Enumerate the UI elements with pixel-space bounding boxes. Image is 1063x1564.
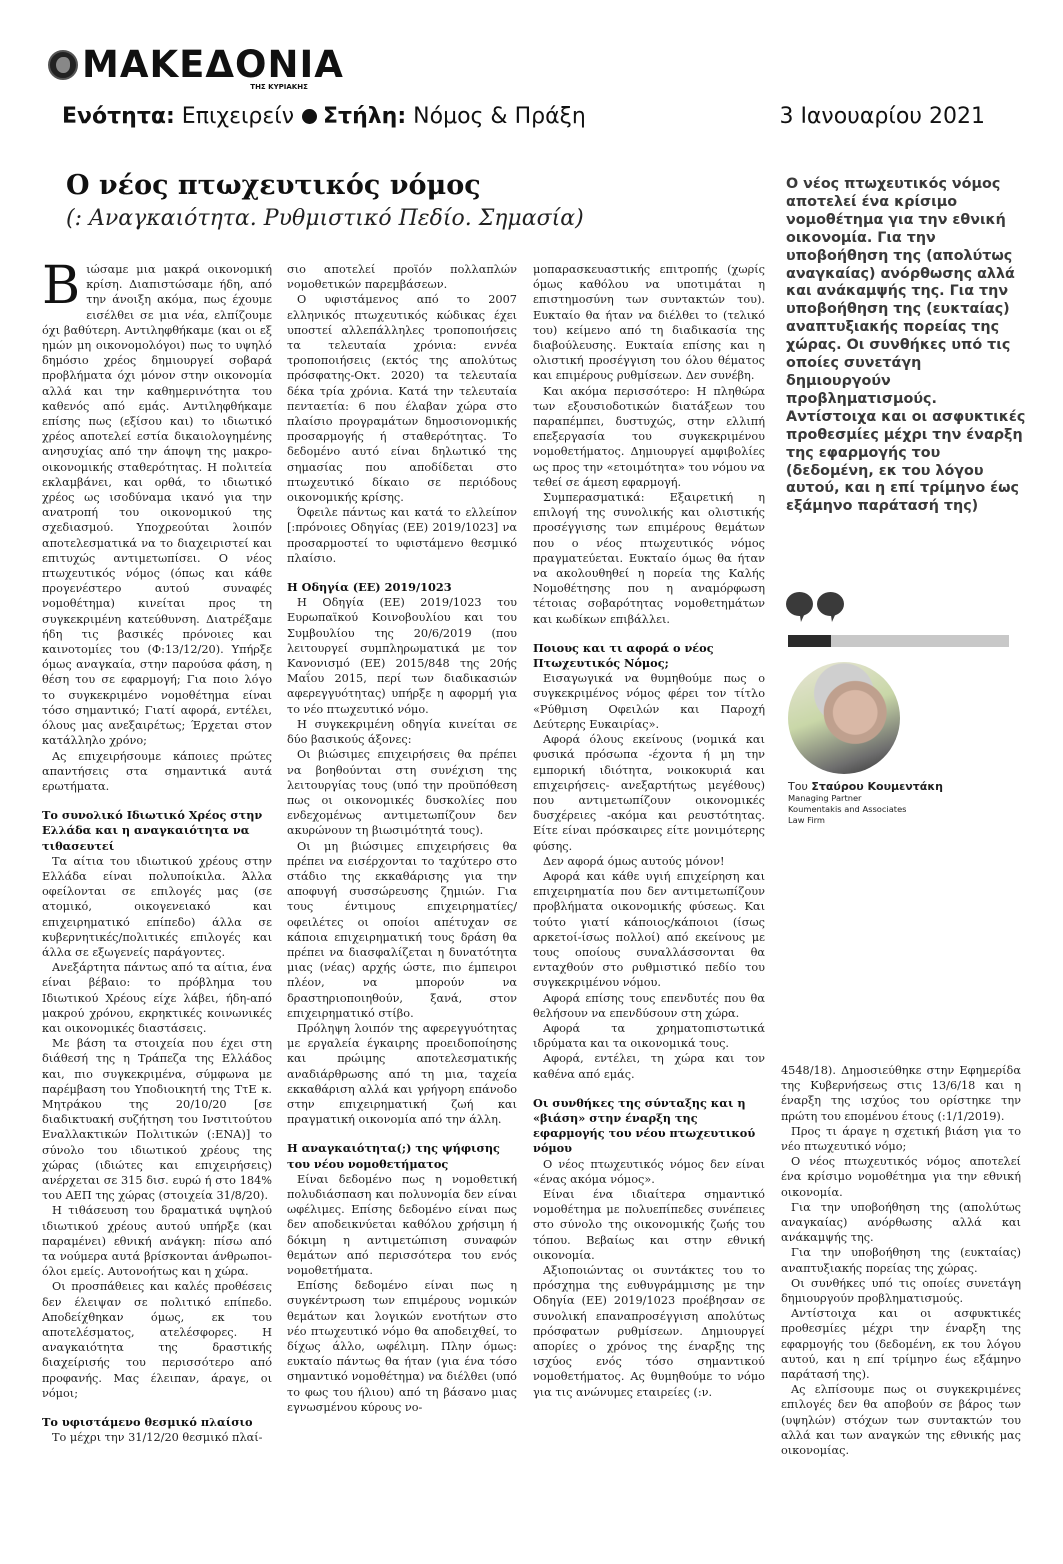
paragraph: Επίσης δεδομένο είναι πως η συγκέντρωση … xyxy=(287,1278,517,1415)
paragraph: Δεν αφορά όμως αυτούς μόνον! xyxy=(533,854,765,869)
author-byline: Του Σταύρου Κουμεντάκη Managing Partner … xyxy=(788,780,943,826)
section-heading: Το υφιστάμενο θεσμικό πλαίσιο xyxy=(42,1415,272,1430)
section-heading: Οι συνθήκες της σύνταξης και η «βιάση» σ… xyxy=(533,1096,765,1157)
paragraph: Ο νέος πτωχευτικός νόμος αποτελεί ένα κρ… xyxy=(781,1154,1021,1200)
section-value: Επιχειρείν xyxy=(182,104,294,129)
paragraph: Για την υποβοήθηση της (απολύτως αναγκαί… xyxy=(781,1200,1021,1246)
article-column-2: σιο αποτελεί προϊόν πολλαπλών νομοθετικώ… xyxy=(287,262,517,1415)
masthead: ΜΑΚΕΔΟΝΙΑ ΤΗΣ ΚΥΡΙΑΚΗΣ xyxy=(48,46,344,84)
paragraph: Αφορά, εντέλει, τη χώρα και τον καθένα α… xyxy=(533,1051,765,1081)
paragraph: Ο υφιστάμενος από το 2007 ελληνικός πτωχ… xyxy=(287,292,517,505)
logo-subtitle: ΤΗΣ ΚΥΡΙΑΚΗΣ xyxy=(250,83,308,91)
paragraph: Συμπερασματικά: Εξαιρετική η επιλογή της… xyxy=(533,490,765,627)
bullet-dot-icon xyxy=(302,109,317,124)
section-heading: Η Οδηγία (ΕΕ) 2019/1023 xyxy=(287,580,517,595)
author-role: Managing Partner xyxy=(788,793,943,804)
paragraph: Αφορά τα χρηματοπιστωτικά ιδρύματα και τ… xyxy=(533,1021,765,1051)
paragraph: Αφορά όλους εκείνους (νομικά και φυσικά … xyxy=(533,732,765,854)
paragraph: Είναι δεδομένο πως η νομοθετική πολυδιάσ… xyxy=(287,1172,517,1278)
article-subtitle: (: Αναγκαιότητα. Ρυθμιστικό Πεδίο. Σημασ… xyxy=(66,206,584,231)
paragraph: σιο αποτελεί προϊόν πολλαπλών νομοθετικώ… xyxy=(287,262,517,292)
paragraph: Όφειλε πάντως και κατά το ελλείπον [:πρό… xyxy=(287,505,517,566)
section-heading: Η αναγκαιότητα(;) της ψήφισης του νέου ν… xyxy=(287,1141,517,1171)
paragraph: Προς τι άραγε η σχετική βιάση για το νέο… xyxy=(781,1124,1021,1154)
logo-text: ΜΑΚΕΔΟΝΙΑ xyxy=(82,46,344,84)
paragraph: Ο νέος πτωχευτικός νόμος δεν είναι «ένας… xyxy=(533,1157,765,1187)
paragraph: Και ακόμα περισσότερο: Η πληθώρα των εξο… xyxy=(533,384,765,490)
author-photo xyxy=(788,662,900,774)
paragraph: Οι προσπάθειες και καλές προθέσεις δεν έ… xyxy=(42,1279,272,1401)
paragraph: Βιώσαμε μια μακρά οικονομική κρίση. Διαπ… xyxy=(42,262,272,749)
quote-mark-icon xyxy=(817,592,844,616)
author-prefix: Του xyxy=(788,780,808,793)
author-name: Σταύρου Κουμεντάκη xyxy=(811,780,943,793)
article-title: Ο νέος πτωχευτικός νόμος xyxy=(66,170,481,201)
pull-quote: Ο νέος πτωχευτικός νόμος αποτελεί ένα κρ… xyxy=(786,176,1026,516)
quote-marks-icon xyxy=(786,592,844,616)
paragraph: Αφορά και κάθε υγιή επιχείρηση και επιχε… xyxy=(533,869,765,991)
column-value: Νόμος & Πράξη xyxy=(413,104,586,129)
paragraph: Οι μη βιώσιμες επιχειρήσεις θα πρέπει να… xyxy=(287,839,517,1021)
paragraph: Για την υποβοήθηση της (ευκταίας) αναπτυ… xyxy=(781,1245,1021,1275)
author-firm: Koumentakis and Associates xyxy=(788,804,943,815)
paragraph: Το μέχρι την 31/12/20 θεσμικό πλαί- xyxy=(42,1430,272,1445)
logo-seal-icon xyxy=(48,50,78,80)
paragraph: Εισαγωγικά να θυμηθούμε πως ο συγκεκριμέ… xyxy=(533,671,765,732)
section-heading: Ποιους και τι αφορά ο νέος Πτωχευτικός Ν… xyxy=(533,641,765,671)
paragraph: Η τιθάσευση του δραματικά υψηλού ιδιωτικ… xyxy=(42,1203,272,1279)
paragraph: Η Οδηγία (ΕΕ) 2019/1023 του Ευρωπαϊκού Κ… xyxy=(287,595,517,717)
divider-bar-accent xyxy=(788,635,831,647)
issue-date: 3 Ιανουαρίου 2021 xyxy=(779,104,985,129)
paragraph: Ανεξάρτητα πάντως από τα αίτια, ένα είνα… xyxy=(42,960,272,1036)
paragraph: 4548/18). Δημοσιεύθηκε στην Εφημερίδα τη… xyxy=(781,1063,1021,1124)
section-heading: Το συνολικό Ιδιωτικό Χρέος στην Ελλάδα κ… xyxy=(42,808,272,854)
paragraph: Αντίστοιχα και οι ασφυκτικές προθεσμίες … xyxy=(781,1306,1021,1382)
author-name-line: Του Σταύρου Κουμεντάκη xyxy=(788,780,943,793)
paragraph: Τα αίτια του ιδιωτικού χρέους στην Ελλάδ… xyxy=(42,854,272,960)
author-firm-line2: Law Firm xyxy=(788,815,943,826)
paragraph: Οι συνθήκες υπό τις οποίες συνετάγη δημι… xyxy=(781,1276,1021,1306)
article-column-3: μοπαρασκευαστικής επιτροπής (χωρίς όμως … xyxy=(533,262,765,1400)
section-label: Ενότητα: xyxy=(62,104,175,129)
paragraph: Οι βιώσιμες επιχειρήσεις θα πρέπει να βο… xyxy=(287,747,517,838)
paragraph: Πρόληψη λοιπόν της αφερεγγυότητας με εργ… xyxy=(287,1021,517,1127)
paragraph: Ας επιχειρήσουμε κάποιες πρώτες απαντήσε… xyxy=(42,749,272,795)
paragraph: Η συγκεκριμένη οδηγία κινείται σε δύο βα… xyxy=(287,717,517,747)
section-line: Ενότητα: ΕπιχειρείνΣτήλη: Νόμος & Πράξη xyxy=(62,104,586,129)
column-label: Στήλη: xyxy=(323,104,406,129)
article-column-1: Βιώσαμε μια μακρά οικονομική κρίση. Διαπ… xyxy=(42,262,272,1445)
paragraph: μοπαρασκευαστικής επιτροπής (χωρίς όμως … xyxy=(533,262,765,384)
quote-mark-icon xyxy=(786,592,813,616)
paragraph: Αφορά επίσης τους επενδυτές που θα θελήσ… xyxy=(533,991,765,1021)
divider-bar xyxy=(788,635,1009,647)
paragraph: Ας ελπίσουμε πως οι συγκεκριμένες επιλογ… xyxy=(781,1382,1021,1458)
drop-cap: Β xyxy=(42,264,80,308)
article-column-4: 4548/18). Δημοσιεύθηκε στην Εφημερίδα τη… xyxy=(781,1063,1021,1458)
paragraph: Με βάση τα στοιχεία που έχει στη διάθεσή… xyxy=(42,1036,272,1203)
paragraph: Είναι ένα ιδιαίτερα σημαντικό νομοθέτημα… xyxy=(533,1187,765,1263)
paragraph: Αξιοποιώντας οι συντάκτες του το πρόσχημ… xyxy=(533,1263,765,1400)
logo: ΜΑΚΕΔΟΝΙΑ ΤΗΣ ΚΥΡΙΑΚΗΣ xyxy=(82,46,344,84)
